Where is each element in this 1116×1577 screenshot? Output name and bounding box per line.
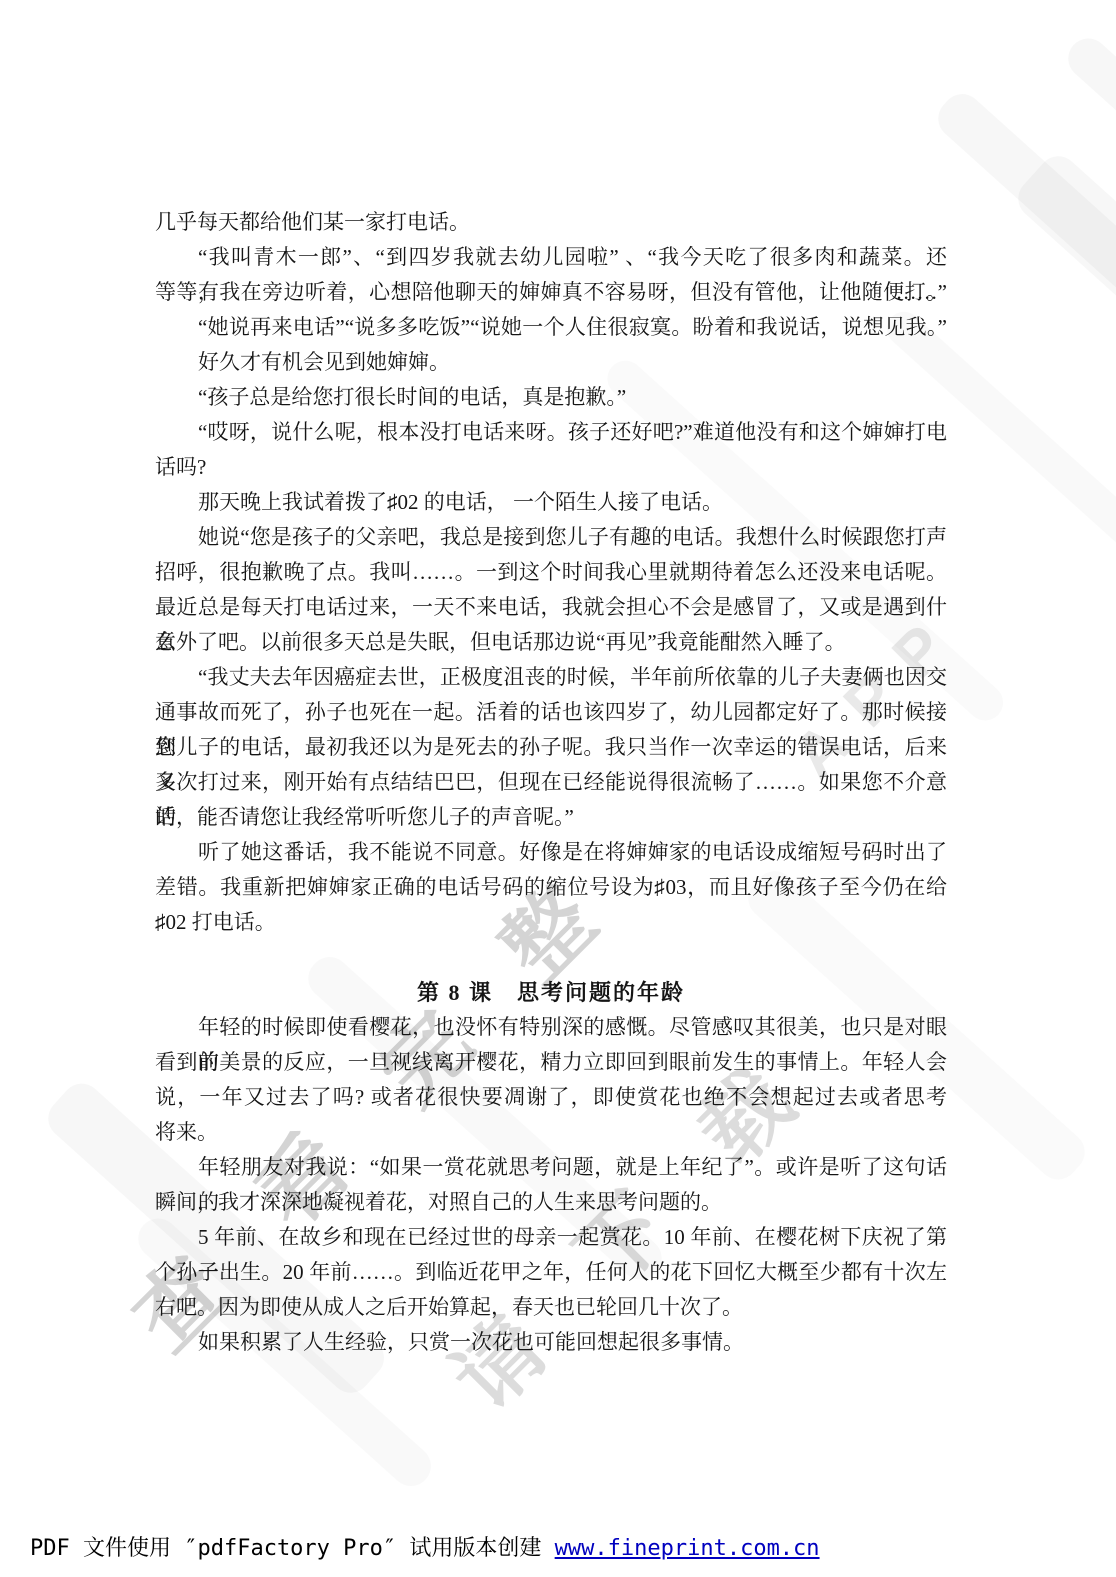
text-line: 差错。我重新把婶婶家正确的电话号码的缩位号设为♯03，而且好像孩子至今仍在给 — [155, 870, 947, 905]
text-line: “我丈夫去年因癌症去世，正极度沮丧的时候，半年前所依靠的儿子夫妻俩也因交 — [155, 660, 947, 695]
text-line: 多次打过来，刚开始有点结结巴巴，但现在已经能说得很流畅了……。如果您不介意的 — [155, 765, 947, 800]
text-line: “我叫青木一郎”、“到四岁我就去幼儿园啦” 、“我今天吃了很多肉和蔬菜。还有……… — [155, 240, 947, 275]
text-line: 个孙子出生。20 年前……。到临近花甲之年，任何人的花下回忆大概至少都有十次左 — [155, 1255, 947, 1290]
text-line: “孩子总是给您打很长时间的电话，真是抱歉。” — [155, 380, 947, 415]
text-line: 您儿子的电话，最初我还以为是死去的孙子呢。我只当作一次幸运的错误电话，后来又 — [155, 730, 947, 765]
text-line: 看到的美景的反应，一旦视线离开樱花，精力立即回到眼前发生的事情上。年轻人会 — [155, 1045, 947, 1080]
text-line: 最近总是每天打电话过来，一天不来电话，我就会担心不会是感冒了，又或是遇到什么 — [155, 590, 947, 625]
text-line: “她说再来电话”“说多多吃饭”“说她一个人住很寂寞。盼着和我说话，说想见我。” — [155, 310, 947, 345]
text-line: 如果积累了人生经验，只赏一次花也可能回想起很多事情。 — [155, 1325, 947, 1360]
text-line: 几乎每天都给他们某一家打电话。 — [155, 205, 947, 240]
text-line: 将来。 — [155, 1115, 947, 1150]
pdf-footer: PDF 文件使用 ″pdfFactory Pro″ 试用版本创建 www.fin… — [30, 1531, 820, 1562]
text-line: 右吧。因为即使从成人之后开始算起，春天也已轮回几十次了。 — [155, 1290, 947, 1325]
lesson-title: 第 8 课 思考问题的年龄 — [155, 975, 947, 1010]
text-line: ♯02 打电话。 — [155, 905, 947, 940]
text-line: 那天晚上我试着拨了♯02 的电话， 一个陌生人接了电话。 — [155, 485, 947, 520]
text-body: 几乎每天都给他们某一家打电话。“我叫青木一郎”、“到四岁我就去幼儿园啦” 、“我… — [155, 205, 947, 1360]
footer-link[interactable]: www.fineprint.com.cn — [555, 1536, 820, 1561]
text-line: 通事故而死了，孙子也死在一起。活着的话也该四岁了，幼儿园都定好了。那时候接到 — [155, 695, 947, 730]
text-line: 好久才有机会见到她婶婶。 — [155, 345, 947, 380]
footer-text: PDF 文件使用 ″pdfFactory Pro″ 试用版本创建 — [30, 1536, 555, 1561]
scan-streak — [1010, 148, 1116, 548]
blank-line — [155, 940, 947, 975]
scan-streak — [930, 86, 1116, 401]
text-line: 话，能否请您让我经常听听您儿子的声音呢。” — [155, 800, 947, 835]
text-line: 听了她这番话，我不能说不同意。好像是在将婶婶家的电话设成缩短号码时出了 — [155, 835, 947, 870]
text-line: 她说“您是孩子的父亲吧，我总是接到您儿子有趣的电话。我想什么时候跟您打声 — [155, 520, 947, 555]
text-line: 说，一年又过去了吗? 或者花很快要凋谢了，即使赏花也绝不会想起过去或者思考 — [155, 1080, 947, 1115]
text-line: “哎呀，说什么呢，根本没打电话来呀。孩子还好吧?”难道他没有和这个婶婶打电 — [155, 415, 947, 450]
text-line: 瞬间，我才深深地凝视着花，对照自己的人生来思考问题的。 — [155, 1185, 947, 1220]
scan-streak — [1060, 30, 1116, 314]
text-line: 招呼，很抱歉晚了点。我叫……。一到这个时间我心里就期待着怎么还没来电话呢。 — [155, 555, 947, 590]
text-line: 年轻朋友对我说：“如果一赏花就思考问题，就是上年纪了”。或许是听了这句话的 — [155, 1150, 947, 1185]
document-page: 查看完整 请下载 APP 几乎每天都给他们某一家打电话。“我叫青木一郎”、“到四… — [0, 0, 1116, 1577]
text-line: 话吗? — [155, 450, 947, 485]
text-line: 年轻的时候即使看樱花，也没怀有特别深的感慨。尽管感叹其很美，也只是对眼前 — [155, 1010, 947, 1045]
text-line: 等等，我在旁边听着，心想陪他聊天的婶婶真不容易呀，但没有管他，让他随便打。 — [155, 275, 947, 310]
text-line: 意外了吧。以前很多天总是失眠，但电话那边说“再见”我竟能酣然入睡了。 — [155, 625, 947, 660]
text-line: 5 年前、在故乡和现在已经过世的母亲一起赏花。10 年前、在樱花树下庆祝了第一 — [155, 1220, 947, 1255]
